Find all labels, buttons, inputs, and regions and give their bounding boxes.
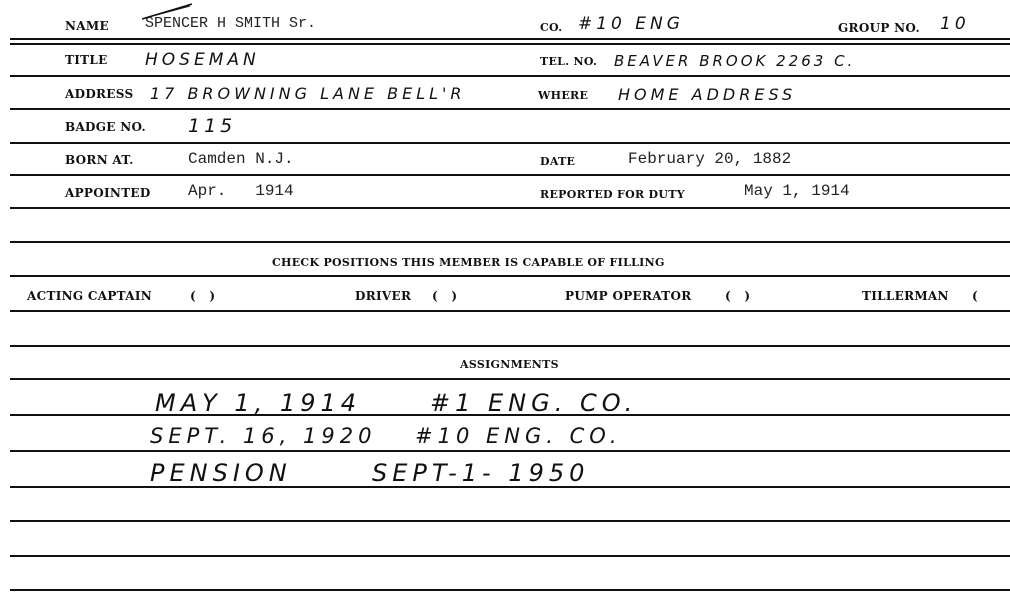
- appointed-label: APPOINTED: [65, 186, 151, 200]
- assignment-company: SEPT-1- 1950: [372, 459, 589, 487]
- divider: [10, 43, 1010, 45]
- reported-label: REPORTED FOR DUTY: [540, 188, 685, 201]
- where-label: WHERE: [538, 89, 588, 102]
- position-acting-captain-label: ACTING CAPTAIN: [27, 289, 152, 303]
- company-label: CO.: [540, 21, 562, 34]
- divider: [10, 75, 1010, 77]
- divider: [10, 241, 1010, 243]
- title-value: HOSEMAN: [145, 50, 260, 70]
- divider: [10, 345, 1010, 347]
- assignment-date: PENSION: [150, 459, 292, 487]
- born-label: BORN AT.: [65, 153, 134, 167]
- position-driver-checkbox[interactable]: ( ): [432, 289, 457, 303]
- divider: [10, 108, 1010, 110]
- appointed-value: Apr. 1914: [188, 182, 294, 200]
- divider: [10, 38, 1010, 40]
- position-pump-operator-label: PUMP OPERATOR: [565, 289, 691, 303]
- badge-value: 115: [188, 115, 236, 137]
- company-value: #10 ENG: [578, 14, 684, 34]
- group-label: GROUP NO.: [838, 21, 920, 35]
- born-value: Camden N.J.: [188, 150, 294, 168]
- reported-value: May 1, 1914: [744, 182, 850, 200]
- divider: [10, 275, 1010, 277]
- position-pump-operator-checkbox[interactable]: ( ): [725, 289, 750, 303]
- divider: [10, 207, 1010, 209]
- assignment-company: #1 ENG. CO.: [430, 389, 637, 417]
- divider: [10, 174, 1010, 176]
- title-label: TITLE: [65, 53, 108, 67]
- group-value: 10: [940, 14, 970, 34]
- address-label: ADDRESS: [65, 87, 133, 101]
- tel-label: TEL. NO.: [540, 55, 597, 68]
- badge-label: BADGE NO.: [65, 120, 146, 134]
- assignments-heading: ASSIGNMENTS: [460, 358, 559, 371]
- date-value: February 20, 1882: [628, 150, 791, 168]
- address-value: 17 BROWNING LANE BELL'R: [150, 84, 466, 103]
- name-value: SPENCER H SMITH Sr.: [145, 15, 316, 32]
- divider: [10, 414, 1010, 416]
- assignment-date: SEPT. 16, 1920: [150, 424, 376, 448]
- positions-heading: CHECK POSITIONS THIS MEMBER IS CAPABLE O…: [272, 256, 665, 269]
- assignment-date: MAY 1, 1914: [155, 389, 361, 417]
- position-tillerman-checkbox[interactable]: (: [972, 289, 991, 303]
- position-tillerman-label: TILLERMAN: [862, 289, 949, 303]
- tel-value: BEAVER BROOK 2263 C.: [614, 52, 855, 70]
- position-driver-label: DRIVER: [355, 289, 411, 303]
- divider: [10, 555, 1010, 557]
- date-label: DATE: [540, 155, 575, 168]
- divider: [10, 520, 1010, 522]
- divider: [10, 450, 1010, 452]
- divider: [10, 486, 1010, 488]
- divider: [10, 589, 1010, 591]
- where-value: HOME ADDRESS: [618, 85, 796, 104]
- name-label: NAME: [65, 19, 109, 33]
- divider: [10, 310, 1010, 312]
- position-acting-captain-checkbox[interactable]: ( ): [190, 289, 215, 303]
- divider: [10, 142, 1010, 144]
- assignment-company: #10 ENG. CO.: [415, 424, 622, 448]
- divider: [10, 378, 1010, 380]
